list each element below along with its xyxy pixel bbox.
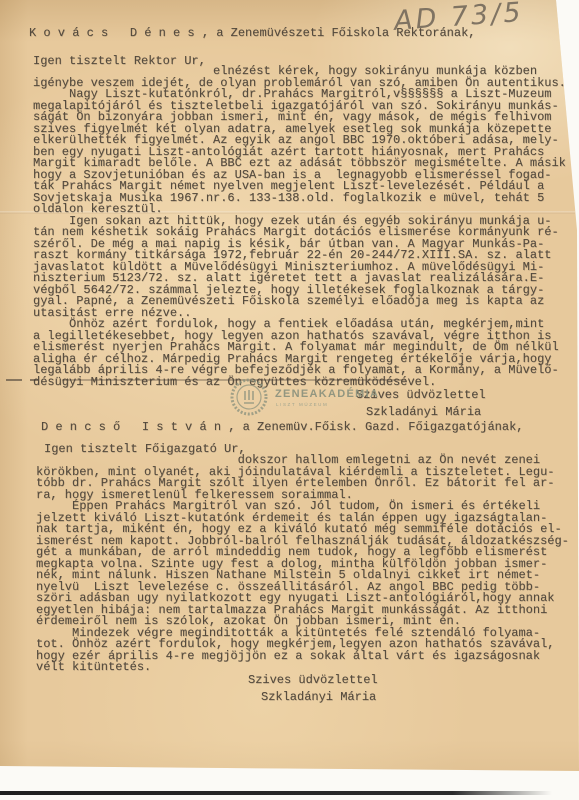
stamp-subtitle: LISZT MÚZEUM: [276, 402, 379, 407]
scanned-letter-page: { "annotation": { "code": "AD 73/5" }, "…: [0, 0, 579, 800]
zeneakademia-stamp: ZENEAKADÉMIA LISZT MÚZEUM: [230, 378, 379, 416]
typed-line: vélt kitüntetés.: [36, 662, 569, 674]
letter2-address: D e n c s ő I s t v á n , a Zenemüv.Főis…: [41, 422, 523, 434]
stamp-title: ZENEAKADÉMIA: [275, 388, 379, 400]
scanner-edge-line: [0, 791, 552, 795]
lyre-seal-icon: [230, 378, 268, 416]
letter2-body: dokszor hallom emlegetni az Ön nevét zen…: [36, 455, 569, 674]
letter1-body: elnézést kérek, hogy sokirányu munkája k…: [33, 66, 566, 388]
letter-paper: K o v á c s D é n e s , a Zenemüvészeti …: [0, 0, 579, 800]
letter2-signature: Szkladányi Mária: [261, 692, 376, 704]
letter1-signature: Szkladányi Mária: [366, 407, 481, 419]
archival-pencil-note: AD 73/5: [393, 0, 565, 37]
letter2-closing: Szives üdvözlettel: [248, 675, 378, 687]
